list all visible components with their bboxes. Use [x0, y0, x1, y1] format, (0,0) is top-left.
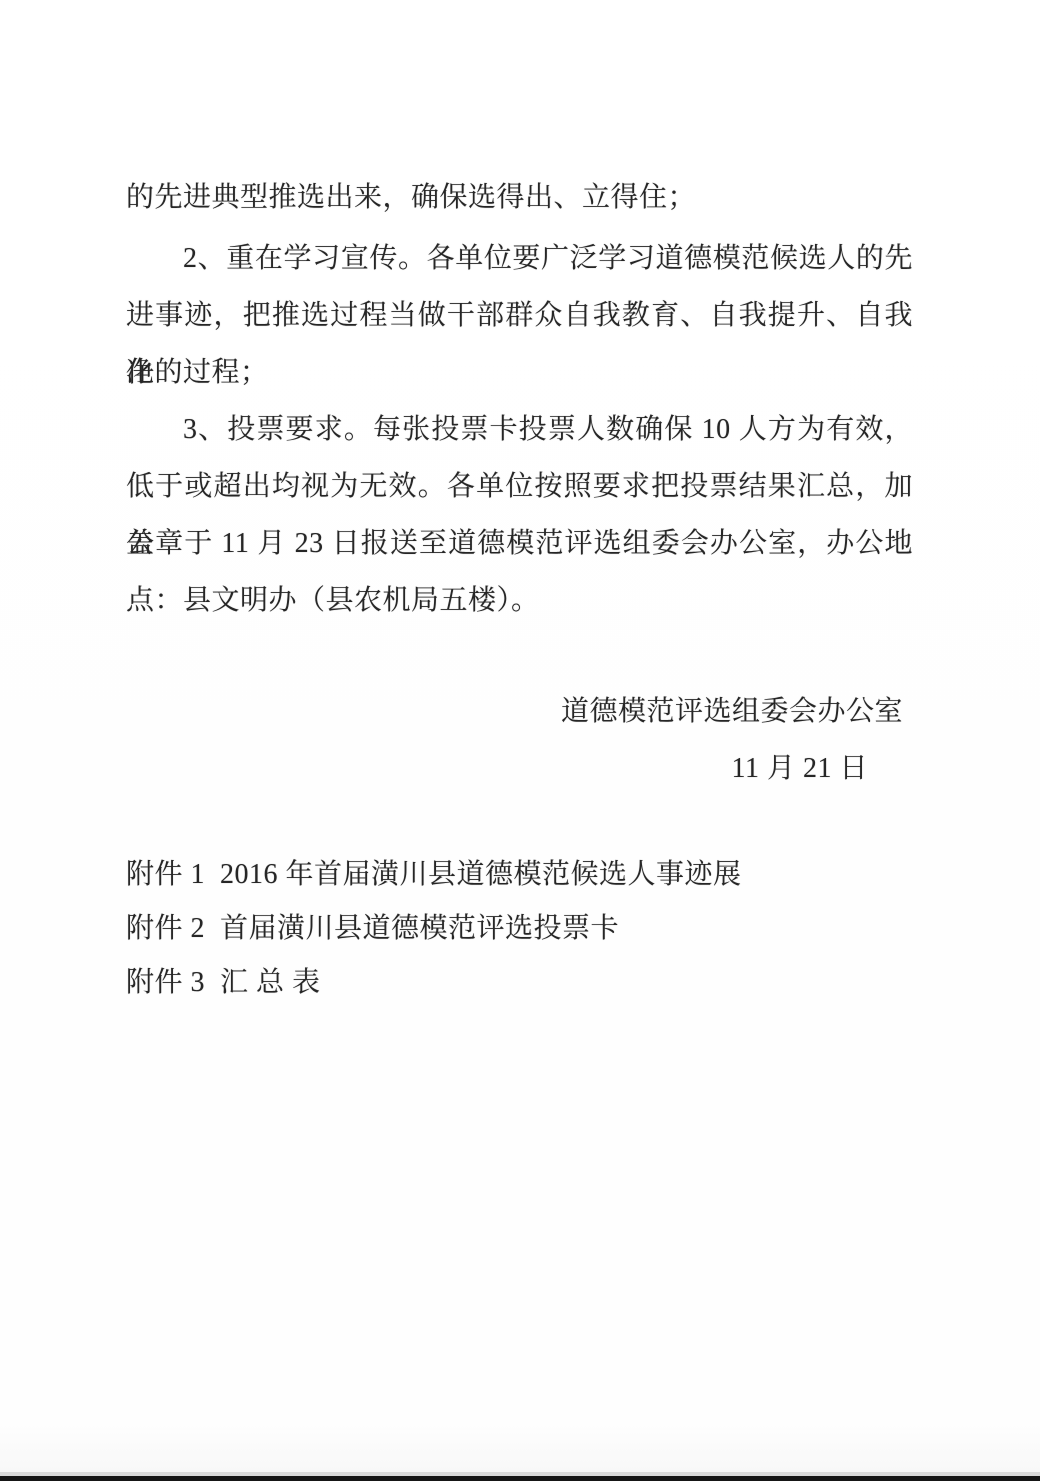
body-line-3: 进事迹，把推选过程当做干部群众自我教育、自我提升、自我净 [126, 287, 913, 344]
body-line-7: 公章于 11 月 23 日报送至道德模范评选组委会办公室，办公地 [126, 515, 913, 572]
body-line-1: 的先进典型推选出来，确保选得出、立得住； [126, 169, 913, 226]
body-line-4: 化的过程； [126, 344, 913, 401]
body-line-2: 2、重在学习宣传。各单位要广泛学习道德模范候选人的先 [126, 230, 913, 287]
document-page: 的先进典型推选出来，确保选得出、立得住； 2、重在学习宣传。各单位要广泛学习道德… [0, 0, 1040, 1481]
body-line-5: 3、投票要求。每张投票卡投票人数确保 10 人方为有效， [126, 401, 913, 458]
signature-org: 道德模范评选组委会办公室 [126, 683, 913, 740]
body-line-8: 点：县文明办（县农机局五楼）。 [126, 572, 913, 629]
body-line-6: 低于或超出均视为无效。各单位按照要求把投票结果汇总，加盖 [126, 458, 913, 515]
attachment-item-1: 附件 1 2016 年首届潢川县道德模范候选人事迹展 [126, 848, 913, 902]
signature-block: 道德模范评选组委会办公室 11 月 21 日 [126, 683, 913, 797]
document-content: 的先进典型推选出来，确保选得出、立得住； 2、重在学习宣传。各单位要广泛学习道德… [126, 169, 913, 1010]
signature-date: 11 月 21 日 [126, 740, 913, 797]
attachment-item-2: 附件 2 首届潢川县道德模范评选投票卡 [126, 902, 913, 956]
attachment-list: 附件 1 2016 年首届潢川县道德模范候选人事迹展 附件 2 首届潢川县道德模… [126, 848, 913, 1010]
attachment-item-3: 附件 3 汇 总 表 [126, 956, 913, 1010]
page-bottom-edge-bar [0, 1476, 1040, 1481]
